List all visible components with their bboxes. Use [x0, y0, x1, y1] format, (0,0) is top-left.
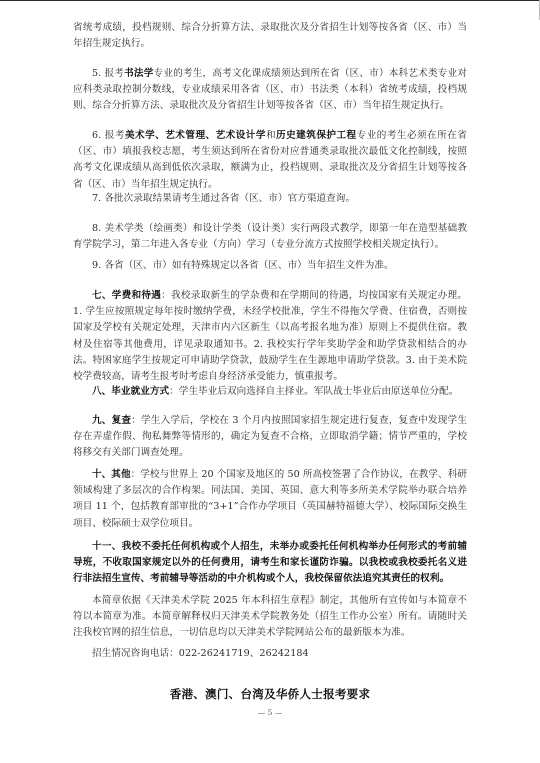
body-text: 招生情况咨询电话：022-26241719、26242184	[92, 648, 309, 659]
body-text: ：学生毕业后双向选择自主择业。军队战士毕业后由原送单位分配。	[169, 386, 458, 397]
body-text: 8. 美术学类（绘画类）和设计学类（设计类）实行两段式教学，即第一年在造型基础教…	[73, 223, 467, 250]
emphasis-text: 历史建筑保护工程	[276, 130, 357, 141]
emphasis-text: 七、学费和待遇	[92, 290, 161, 301]
emphasis-text: 十一、我校不委托任何机构或个人招生，未举办或委托任何机构举办任何形式的考前辅导班…	[73, 541, 467, 584]
page-number: — 5 —	[0, 708, 540, 717]
body-text: 省统考成绩，投档规则、综合分折算方法、录取批次及分省招生计划等按各省（区、市）当…	[73, 22, 467, 49]
section-title: 香港、澳门、台湾及华侨人士报考要求	[0, 686, 540, 702]
paragraph-contact: 招生情况咨询电话：022-26241719、26242184	[73, 646, 467, 662]
paragraph-p-cont: 省统考成绩，投档规则、综合分折算方法、录取批次及分省招生计划等按各省（区、市）当…	[73, 20, 467, 52]
paragraph-sec8: 八、毕业就业方式：学生毕业后双向选择自主择业。军队战士毕业后由原送单位分配。	[73, 384, 467, 400]
emphasis-text: 书法学	[124, 68, 153, 79]
body-text: 9. 各省（区、市）如有特殊规定以各省（区、市）当年招生文件为准。	[92, 260, 394, 271]
paragraph-p8: 8. 美术学类（绘画类）和设计学类（设计类）实行两段式教学，即第一年在造型基础教…	[73, 221, 467, 253]
paragraph-sec7: 七、学费和待遇：我校录取新生的学杂费和在学期间的待遇，均按国家有关规定办理。1.…	[73, 288, 467, 385]
body-text: ：学生入学后，学校在 3 个月内按照国家招生规定进行复查，复查中发现学生存在弄虚…	[73, 415, 467, 458]
emphasis-text: 美术学、艺术管理、艺术设计学	[125, 130, 266, 141]
paragraph-p9: 9. 各省（区、市）如有特殊规定以各省（区、市）当年招生文件为准。	[73, 258, 467, 274]
paragraph-sec9: 九、复查：学生入学后，学校在 3 个月内按照国家招生规定进行复查，复查中发现学生…	[73, 413, 467, 462]
paragraph-p6: 6. 报考美术学、艺术管理、艺术设计学和历史建筑保护工程专业的考生必须在所在省（…	[73, 128, 467, 193]
body-text: 6. 报考	[92, 130, 125, 141]
emphasis-text: 十、其他	[92, 469, 131, 480]
emphasis-text: 八、毕业就业方式	[92, 386, 169, 397]
body-text: 和	[266, 130, 276, 141]
paragraph-sec11: 十一、我校不委托任何机构或个人招生，未举办或委托任何机构举办任何形式的考前辅导班…	[73, 539, 467, 588]
top-border	[0, 0, 540, 1]
paragraph-sec10: 十、其他：学校与世界上 20 个国家及地区的 50 所高校签署了合作协议，在教学…	[73, 467, 467, 532]
paragraph-basis: 本简章依据《天津美术学院 2025 年本科招生章程》制定，其他所有宣传如与本简章…	[73, 593, 467, 642]
body-text: ：我校录取新生的学杂费和在学期间的待遇，均按国家有关规定办理。1. 学生应按照规…	[73, 290, 467, 382]
paragraph-p7: 7. 各批次录取结果请考生通过各省（区、市）官方渠道查询。	[73, 191, 467, 207]
body-text: 7. 各批次录取结果请考生通过各省（区、市）官方渠道查询。	[92, 193, 355, 204]
emphasis-text: 九、复查	[92, 415, 131, 426]
body-text: ：学校与世界上 20 个国家及地区的 50 所高校签署了合作协议，在教学、科研领…	[73, 469, 467, 529]
body-text: 5. 报考	[92, 68, 124, 79]
body-text: 本简章依据《天津美术学院 2025 年本科招生章程》制定，其他所有宣传如与本简章…	[73, 595, 467, 638]
paragraph-p5: 5. 报考书法学专业的考生，高考文化课成绩须达到所在省（区、市）本科艺术类专业对…	[73, 66, 467, 115]
